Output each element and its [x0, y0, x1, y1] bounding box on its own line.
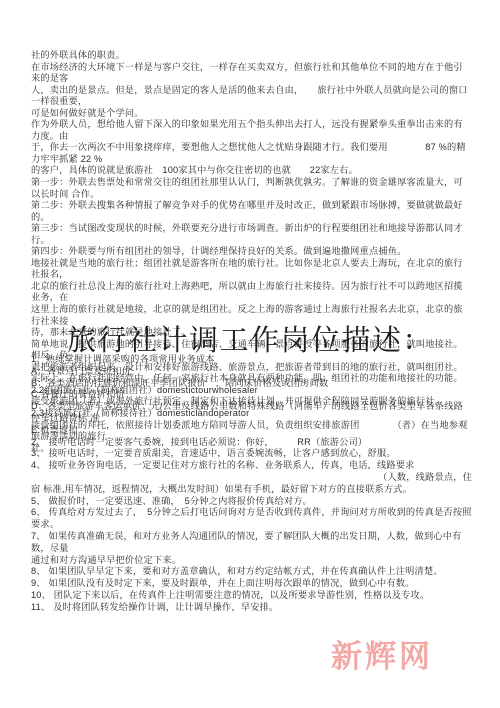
list-item: A：各景点门票及折扣价	[31, 366, 472, 378]
text-line: 在市场经济的大环境下一样是与客户交往，一样存在买卖双方，但旅行社和其他单位不同的…	[31, 62, 472, 85]
list-item: 5、 做报价时，一定要迅速、准确， 5分钟之内将报价传真给对方。	[31, 496, 472, 508]
list-item: C:各餐厅的餐费折扣价	[31, 389, 472, 401]
list-item: 9、 如果团队没有及时定下来，要及时跟单，并在上面注明每次跟单的情况，做到心中有…	[31, 578, 472, 590]
list-item: E:机票返扣	[31, 425, 472, 437]
site-watermark: 新辉网	[331, 631, 433, 676]
list-item: 4、 接听业务咨询电话，一定要记住对方旅行社的名称、业务联系人，传真，电话，线路…	[31, 460, 472, 472]
text-line: 地接社就是当地的旅行社；组团社就是游客所在地的旅行社。比如你是北京人要去上海玩，…	[31, 258, 472, 281]
duties-list: 1、熟练掌握计调部采购的各项常用业务成本 A：各景点门票及折扣价 B：各类酒店的…	[31, 354, 472, 614]
list-item: 11、 及时将团队转发给操作计调，让计调早操作，早安排。	[31, 602, 472, 614]
text-line: 北京的旅行社总没上海的旅行社对上海熟吧，所以就由上海旅行社来接待。因为旅行社不可…	[31, 281, 472, 304]
list-item: 10、 团队定下来以后，在传真件上注明需要注意的情况，以及所要求导游性别，性格以…	[31, 590, 472, 602]
text-line: 作为外联人员，想给他人留下深入的印象如果光用五个指头伸出去打人，远没有握紧拳头重…	[31, 119, 472, 142]
list-item: 1、熟练掌握计调部采购的各项常用业务成本	[31, 354, 472, 366]
text-line: 可是如何做好就是个学问。	[31, 108, 472, 120]
list-item: D：各类型旅游车客运单价：元/公里及线路公里数和特殊线路（河南车）的线路全包价各…	[31, 401, 472, 425]
list-item: 2、 接听电话时一定要客气委婉，接到电话必须说：你好， RR（旅游公司）	[31, 437, 472, 449]
text-line: 社的外联具体的职责。	[31, 50, 472, 62]
text-line: 第一步：外联去售票处和常常交往的组团社那里认认门，判断孰优孰劣。了解谁的资金雄厚…	[31, 177, 472, 200]
text-line: 人，卖出的是景点。但是，景点是固定的客人是活的他来去自由， 旅行社中外联人员就向…	[31, 85, 472, 108]
text-line: 第二步：外联去搜集各种情报了解竞争对手的优势在哪里并及时改正，做到紧跟市场脉搏，…	[31, 200, 472, 223]
page-title: 旅行社计调工作岗位描述：	[0, 318, 500, 359]
text-line: 第四步：外联要与所有组团社的领导，计调经理保持良好的关系。做到遍地撒网重点捕鱼。	[31, 246, 472, 258]
text-line: 的客户，具体的说就是旅游社 100家其中与你交往密切的也就 22家左右。	[31, 165, 472, 177]
document-page: 社的外联具体的职责。 在市场经济的大环境下一样是与客户交往，一样存在买卖双方，但…	[0, 0, 500, 708]
list-item: 7、 如果传真准确无误，和对方业务人沟通团队的情况，要了解团队大概的出发日期，人…	[31, 531, 472, 555]
list-item: 8、 如果团队早早定下来，要和对方盖章确认，和对方约定结帐方式，并在传真确认件上…	[31, 566, 472, 578]
text-line: 第三步：当试图改变现状的时候，外联要充分进行市场调查。新出炉的行程要组团社和地接…	[31, 223, 472, 246]
list-item: 通过和对方沟通早早把价位定下来。	[31, 555, 472, 567]
list-item: （人数，线路景点，住	[31, 472, 472, 484]
list-item: 3、 接听电话时，一定要音质甜美，音速适中，语言委婉流畅，让客户感到放心，舒服。	[31, 448, 472, 460]
list-item: B：各类酒店的挂牌价和淡旺平季团队报价 ，陪同床价格及或团房间数	[31, 378, 472, 390]
text-line: 于，你去一次两次不中用象挠痒痒，要想他人之想忧他人之忧贴身跟随才行。我们要用 8…	[31, 142, 472, 165]
list-item: 宿 标准,用车情况，返程情况，大概出发时间）如果有手机，最好留下对方的直接联系方…	[31, 484, 472, 496]
list-item: 6、 传真给对方发过去了， 5分钟之后打电话问询对方是否收到传真件，并询问对方所…	[31, 507, 472, 531]
